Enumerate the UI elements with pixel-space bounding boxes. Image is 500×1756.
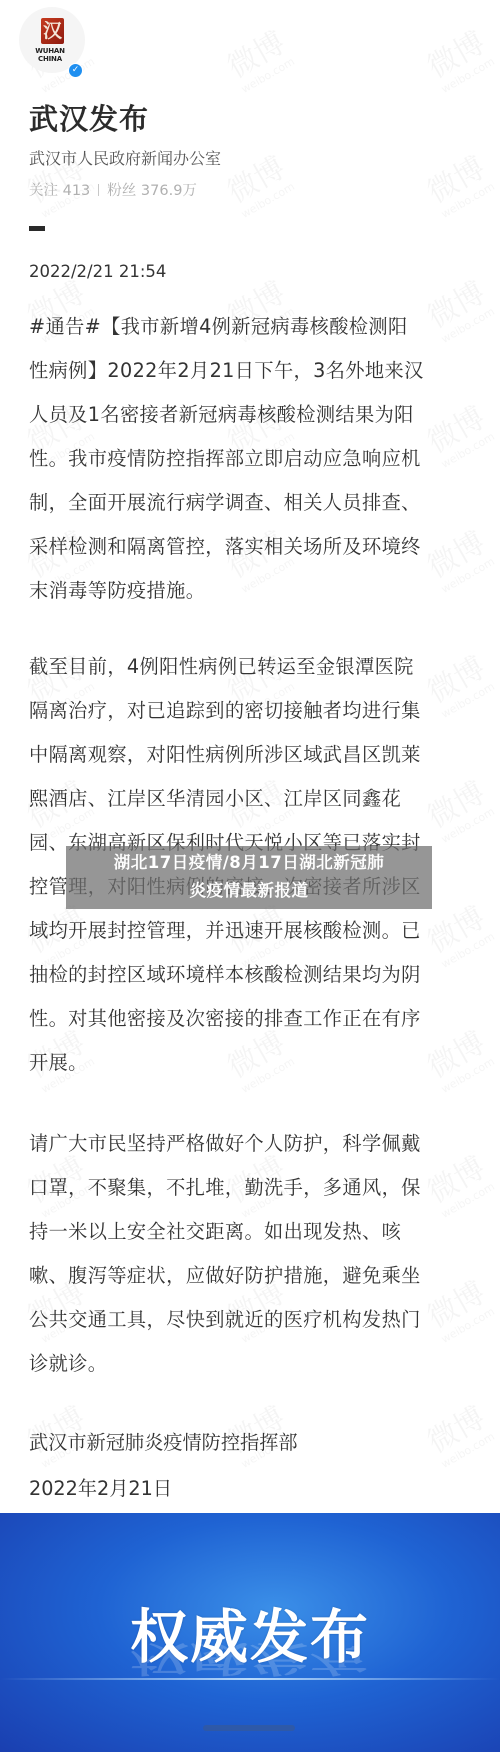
- text-line: 截至目前，4例阳性病例已转运至金银潭医院: [29, 645, 475, 689]
- text-line: 性。对其他密接及次密接的排查工作正在有序: [29, 997, 475, 1041]
- text-line: 请广大市民坚持严格做好个人防护，科学佩戴: [29, 1122, 475, 1166]
- weibo-watermark: 微博weibo.com: [423, 28, 496, 95]
- text-line: 隔离治疗，对已追踪到的密切接触者均进行集: [29, 689, 475, 733]
- text-line: 嗽、腹泻等症状，应做好防护措施，避免乘坐: [29, 1254, 475, 1298]
- stats-divider: [98, 184, 99, 196]
- wuhan-seal-logo-icon: 汉: [41, 18, 64, 44]
- banner-decoration-bar: [203, 1725, 295, 1731]
- post-paragraph-1: #通告#【我市新增4例新冠病毒核酸检测阳 性病例】2022年2月21日下午，3名…: [29, 305, 475, 613]
- text-line: #通告#【我市新增4例新冠病毒核酸检测阳: [29, 305, 475, 349]
- text-line: 人员及1名密接者新冠病毒核酸检测结果为阳: [29, 393, 475, 437]
- text-line: 采样检测和隔离管控，落实相关场所及环境终: [29, 525, 475, 569]
- weibo-watermark: 微博weibo.com: [423, 1403, 496, 1470]
- follow-stats: 关注 413粉丝 376.9万: [29, 179, 197, 200]
- weibo-watermark: 微博weibo.com: [223, 153, 296, 220]
- following-link[interactable]: 关注 413: [29, 183, 90, 199]
- text-line: 口罩，不聚集，不扎堆，勤洗手，多通风，保: [29, 1166, 475, 1210]
- text-line: 中隔离观察，对阳性病例所涉区域武昌区凯莱: [29, 733, 475, 777]
- text-line: 诊就诊。: [29, 1342, 475, 1386]
- text-line: 公共交通工具，尽快到就近的医疗机构发热门: [29, 1298, 475, 1342]
- weibo-watermark: 微博weibo.com: [223, 28, 296, 95]
- followers-link[interactable]: 粉丝 376.9万: [107, 183, 197, 199]
- account-name[interactable]: 武汉发布: [29, 97, 149, 138]
- text-line: 持一米以上安全社交距离。如出现发热、咳: [29, 1210, 475, 1254]
- text-line: 性病例】2022年2月21日下午，3名外地来汉: [29, 349, 475, 393]
- text-line: 抽检的封控区域环境样本核酸检测结果均为阴: [29, 953, 475, 997]
- post-timestamp: 2022/2/21 21:54: [29, 262, 166, 281]
- post-signature-date: 2022年2月21日: [29, 1474, 172, 1501]
- avatar-logo-text: WUHAN CHINA: [33, 47, 67, 63]
- banner-horizon-line: [0, 1678, 500, 1680]
- banner-headline: 权威发布: [0, 1601, 500, 1673]
- text-line: 末消毒等防疫措施。: [29, 569, 475, 613]
- text-line: 开展。: [29, 1041, 475, 1085]
- text-line: 熙酒店、江岸区华清园小区、江岸区同鑫花: [29, 777, 475, 821]
- article-title[interactable]: 湖北17日疫情/8月17日湖北新冠肺 炎疫情最新报道: [66, 846, 432, 905]
- verified-badge-icon: ✓: [68, 63, 83, 78]
- authority-release-banner-image[interactable]: 权威发布 权威发布: [0, 1513, 500, 1752]
- text-line: 性。我市疫情防控指挥部立即启动应急响应机: [29, 437, 475, 481]
- account-description: 武汉市人民政府新闻办公室: [29, 146, 221, 169]
- section-divider: [29, 226, 45, 231]
- text-line: 域均开展封控管理，并迅速开展核酸检测。已: [29, 909, 475, 953]
- weibo-watermark: 微博weibo.com: [423, 153, 496, 220]
- post-paragraph-3: 请广大市民坚持严格做好个人防护，科学佩戴 口罩，不聚集，不扎堆，勤洗手，多通风，…: [29, 1122, 475, 1386]
- post-signature: 武汉市新冠肺炎疫情防控指挥部: [29, 1428, 298, 1455]
- text-line: 制，全面开展流行病学调查、相关人员排查、: [29, 481, 475, 525]
